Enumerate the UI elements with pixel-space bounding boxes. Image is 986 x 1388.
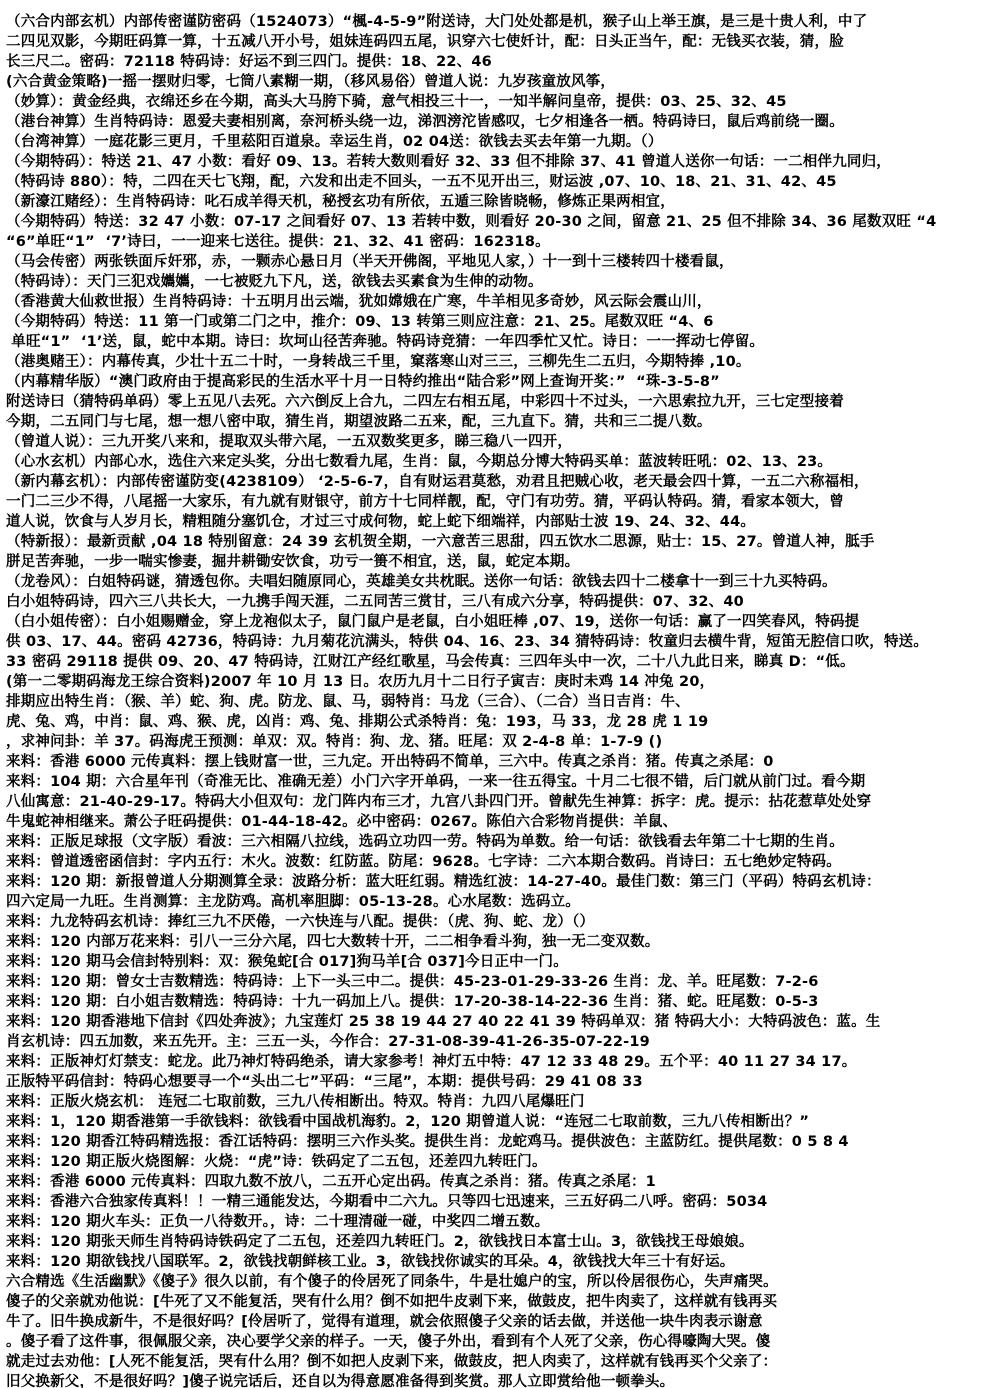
- text-line: 来料：120 期：新报曾道人分期测算全录：波路分析：蓝大旺红弱。精选红波：14-…: [6, 872, 982, 892]
- text-line: 六合精选《生活幽默》《傻子》很久以前，有个傻子的伶居死了同条牛，牛是壮媳户的宝，…: [6, 1272, 982, 1292]
- text-line: （香港黄大仙救世报）生肖特码诗：十五明月出云端，犹如嫦娥在广寒，牛羊相见多奇妙，…: [6, 292, 982, 312]
- text-line: 来料：120 内部万花来料：引八一三分六尾，四七大数转十开，二二相争看斗狗，独一…: [6, 932, 982, 952]
- text-line: （六合内部玄机）内部传密谨防密码（1524073）“楓-4-5-9”附送诗，大门…: [6, 12, 982, 32]
- text-line: （特码诗 880）：特，二四在天七飞翔，配，六发和出走不回头，一五不见开出三，财…: [6, 172, 982, 192]
- text-line: 来料：正版火烧玄机： 连冠二七取前数，三九八传相断出。特双。特肖：九四八尾爆旺门: [6, 1092, 982, 1112]
- text-line: （妙算）：黄金经典，衣绵还乡在今期，高头大马胯下骑，意气相投三十一，一知半解问皇…: [6, 92, 982, 112]
- document-page: （六合内部玄机）内部传密谨防密码（1524073）“楓-4-5-9”附送诗，大门…: [0, 0, 986, 1388]
- text-line: 来料：104 期：六合星年刊（奇准无比、准确无差）小门六字开单码，一来一往五得宝…: [6, 772, 982, 792]
- text-line: 来料：香港 6000 元传真料：四取九数不放八，二五开心定出码。传真之杀肖：猪。…: [6, 1172, 982, 1192]
- text-line: 单旺“1” ‘1’送，鼠，蛇中本期。诗曰：坎坷山径苦奔驰。特码诗竞猜：一年四季忙…: [6, 332, 982, 352]
- text-line: 肖玄机诗：四五加数，来五先开。主：三五一头，今作合：27-31-08-39-41…: [6, 1032, 982, 1052]
- text-line: 来料：120 期正版火烧图解：火烧：“虎”诗：铁码定了二五包，还差四九转旺门。: [6, 1152, 982, 1172]
- text-line: （白小姐传密）：白小姐赐赠金，穿上龙袍似太子，鼠门鼠户是老鼠，白小姐旺棒 ,07…: [6, 612, 982, 632]
- text-line: 来料：九龙特码玄机诗：捧红三九不厌倦，一六快连与八配。提供：（虎、狗、蛇、龙）（…: [6, 912, 982, 932]
- text-line: 来料：120 期：白小姐吉数精选：特码诗：十九一码加上八。提供：17-20-38…: [6, 992, 982, 1012]
- text-line: （特码诗）：天门三犯戏孈孈，一七被贬九下凡，送，欲钱去买素食为生伸的动物。: [6, 272, 982, 292]
- text-line: （今期特码）特送：32 47 小数：07-17 之间看好 07、13 若转中数，…: [6, 212, 982, 232]
- text-line: 来料：120 期张天师生肖特码诗铁码定了二五包，还差四九转旺门。2，欲钱找日本富…: [6, 1232, 982, 1252]
- text-line: 来料：正版神灯灯禁支：蛇龙。此乃神灯特码绝杀，请大家参考！神灯五中特：47 12…: [6, 1052, 982, 1072]
- text-line: 来料：120 期欲钱找八国联军。2，欲钱找朝鲜核工业。3，欲钱找你诚实的耳朵。4…: [6, 1252, 982, 1272]
- text-line: 八仙寓意：21-40-29-17。特码大小但双句：龙门阵内布三才，九宫八卦四门开…: [6, 792, 982, 812]
- text-line: 就走过去劝他：[人死不能复活，哭有什么用？倒不如把人皮剥下来，做鼓皮，把人肉卖了…: [6, 1352, 982, 1372]
- text-line: 来料：120 期火车头：正负一八待数开。，诗：二十理清碰一碰，中奖四二增五数。: [6, 1212, 982, 1232]
- text-line: (第一二零期码海龙王综合资料)2007 年 10 月 13 日。农历九月十二日行…: [6, 672, 982, 692]
- text-line: 33 密码 29118 提供 09、20、47 特码诗，江财江产经红歌星，马会传…: [6, 652, 982, 672]
- text-line: 牛了。旧牛换成新牛，不是很好吗？[伶居听了，觉得有道理，就会依照傻子父亲的话去做…: [6, 1312, 982, 1332]
- text-line: 来料：120 期马会信封特别料：双：猴兔蛇[合 017]狗马羊[合 037]今日…: [6, 952, 982, 972]
- text-line: 长三尺二。密码：72118 特码诗：好运不到三四门。提供：18、22、46: [6, 52, 982, 72]
- document-text-block: （六合内部玄机）内部传密谨防密码（1524073）“楓-4-5-9”附送诗，大门…: [6, 12, 982, 1388]
- text-line: （心水玄机）内部心水，选住六来定头奖，分出七数看九尾，生肖：鼠，今期总分博大特码…: [6, 452, 982, 472]
- text-line: （今期特码）特送：11 第一门或第二门之中，推介：09、13 转第三则应注意：2…: [6, 312, 982, 332]
- text-line: （新濠江赌经）：生肖特码诗：叱石成羊得天机，秘授玄功有所依，五遁三除皆晓畅，修炼…: [6, 192, 982, 212]
- text-line: 胼足苦奔驰，一步一喘实惨妻，掘井耕锄安饮食，功亏一篑不相宜，送，鼠，蛇定本期。: [6, 552, 982, 572]
- text-line: 牛鬼蛇神相继来。萧公子旺码提供：01-44-18-42。必中密码：0267。陈伯…: [6, 812, 982, 832]
- text-line: 道人说，饮食与人岁月长，精粗随分塞饥仓，才过三寸成何物，蛇上蛇下细端祥，内部贴士…: [6, 512, 982, 532]
- text-line: （马会传密）两张铁面斥奸邪，赤，一颗赤心悬日月（半天开佛阁，平地见人家，）十一到…: [6, 252, 982, 272]
- text-line: 来料：正版足球报（文字版）看波：三六相隔八拉线，选码立功四一劳。特码为单数。给一…: [6, 832, 982, 852]
- text-line: 来料：香港 6000 元传真料：摆上钱财富一世，三九定。开出特码不简单，三六中。…: [6, 752, 982, 772]
- text-line: 白小姐特码诗，四六三八共长大，一九携手闯天涯，二五同苦三赏甘，三八有成六分享，特…: [6, 592, 982, 612]
- text-line: （新内幕玄机）：内部传密谨防变(4238109） ‘2-5-6-7，自有财运君莫…: [6, 472, 982, 492]
- text-line: 来料：1，120 期香港第一手欲钱料：欲钱看中国战机海豹。2，120 期曾道人说…: [6, 1112, 982, 1132]
- text-line: 一门二三少不得，八尾摇一大家乐，有九就有财银守，前方十七同样靓，配，守门有功劳。…: [6, 492, 982, 512]
- text-line: 来料：120 期：曾女士吉数精选：特码诗：上下一头三中二。提供：45-23-01…: [6, 972, 982, 992]
- text-line: 虎、兔、鸡，中肖：鼠、鸡、猴、虎，凶肖：鸡、兔、排期公式杀特肖：兔：193，马 …: [6, 712, 982, 732]
- text-line: 正版特平码信封：特码心想要寻一个“头出二七”平码：“三尾”，本期：提供号码：29…: [6, 1072, 982, 1092]
- text-line: 二四见双影，今期旺码算一算，十五减八开小号，姐妹连码四五尾，识穿六七使奷计，配：…: [6, 32, 982, 52]
- text-line: 四六定局一九旺。生肖测算：主龙防鸡。高机率胆脚：05-13-28。心水尾数：选码…: [6, 892, 982, 912]
- text-line: 来料：曾道透密函信封：字内五行：木火。波数：红防蓝。防尾：9628。七字诗：二六…: [6, 852, 982, 872]
- text-line: （内幕精华版）“澳门政府由于提高彩民的生活水平十月一日特约推出“陆合彩”网上查询…: [6, 372, 982, 392]
- text-line: （台湾神算）一庭花影三更月，千里菘阳百道泉。幸运生肖，02 04送：欲钱去买去年…: [6, 132, 982, 152]
- text-line: 来料：香港六合独家传真料！！一精三通能发达，今期看中二六九。只等四七迅速来，三五…: [6, 1192, 982, 1212]
- text-line: 旧父换新父，不是很好吗？]傻子说完话后，还自以为得意愿准备得到奖赏。那人立即赏给…: [6, 1372, 982, 1388]
- text-line: 来料：120 期香江特码精选报：香江话特码：摆明三六作头奖。提供生肖：龙蛇鸡马。…: [6, 1132, 982, 1152]
- text-line: 供 03、17、44。密码 42736，特码诗：九月菊花沆满头，特供 04、16…: [6, 632, 982, 652]
- text-line: 。傻子看了这件事，很佩服父亲，决心要学父亲的样子。一天，傻子外出，看到有个人死了…: [6, 1332, 982, 1352]
- text-line: （港奥赌王）：内幕传真，少壮十五二十时，一身转战三千里，窠落寒山对三三，三柳先生…: [6, 352, 982, 372]
- text-line: （龙卷风）：白姐特码谜，猜透包你。夫唱妇随原同心，英雄美女共枕眠。送你一句话：欲…: [6, 572, 982, 592]
- text-line: ，求神问卦：羊 37。码海虎王预测：单双：双。特肖：狗、龙、猪。旺尾：双 2-4…: [6, 732, 982, 752]
- text-line: （港台神算）生肖特码诗：恩爱夫妻相别离，奈河桥头绕一边，涕泗滂沱皆感叹，七夕相逢…: [6, 112, 982, 132]
- text-line: （曾道人说）：三九开奖八来和，提取双头带六尾，一五双数奖更多，睇三稳八一四开，: [6, 432, 982, 452]
- text-line: 来料：120 期香港地下信封《四处奔波》；九宝莲灯 25 38 19 44 27…: [6, 1012, 982, 1032]
- text-line: 排期应出特生肖：（猴、羊）蛇、狗、虎。防龙、鼠、马，弱特肖：马龙（三合）、（二合…: [6, 692, 982, 712]
- text-line: （今期特码）：特送 21、47 小数：看好 09、13。若转大数则看好 32、3…: [6, 152, 982, 172]
- text-line: “6”单旺“1” ‘7’诗曰，一一迎来七送往。提供：21、32、41 密码：16…: [6, 232, 982, 252]
- text-line: 傻子的父亲就劝他说：[牛死了又不能复活，哭有什么用？倒不如把牛皮剥下来，做鼓皮，…: [6, 1292, 982, 1312]
- text-line: （特新报）：最新贡献 ,04 18 特别留意：24 39 玄机贺全期，一六意苦三…: [6, 532, 982, 552]
- text-line: 附送诗曰（猜特码单码）零上五见八去死。六六倒反上合九，二四左右相五尾，中彩四十不…: [6, 392, 982, 412]
- text-line: 今期，二五同门与七尾，想一想八密中取，猜生肖，期望波路二五来，配，三九直下。猜，…: [6, 412, 982, 432]
- text-line: (六合黄金策略)一摇一摆财归零，七筒八素糊一期，（移风易俗）曾道人说：九岁孩童放…: [6, 72, 982, 92]
